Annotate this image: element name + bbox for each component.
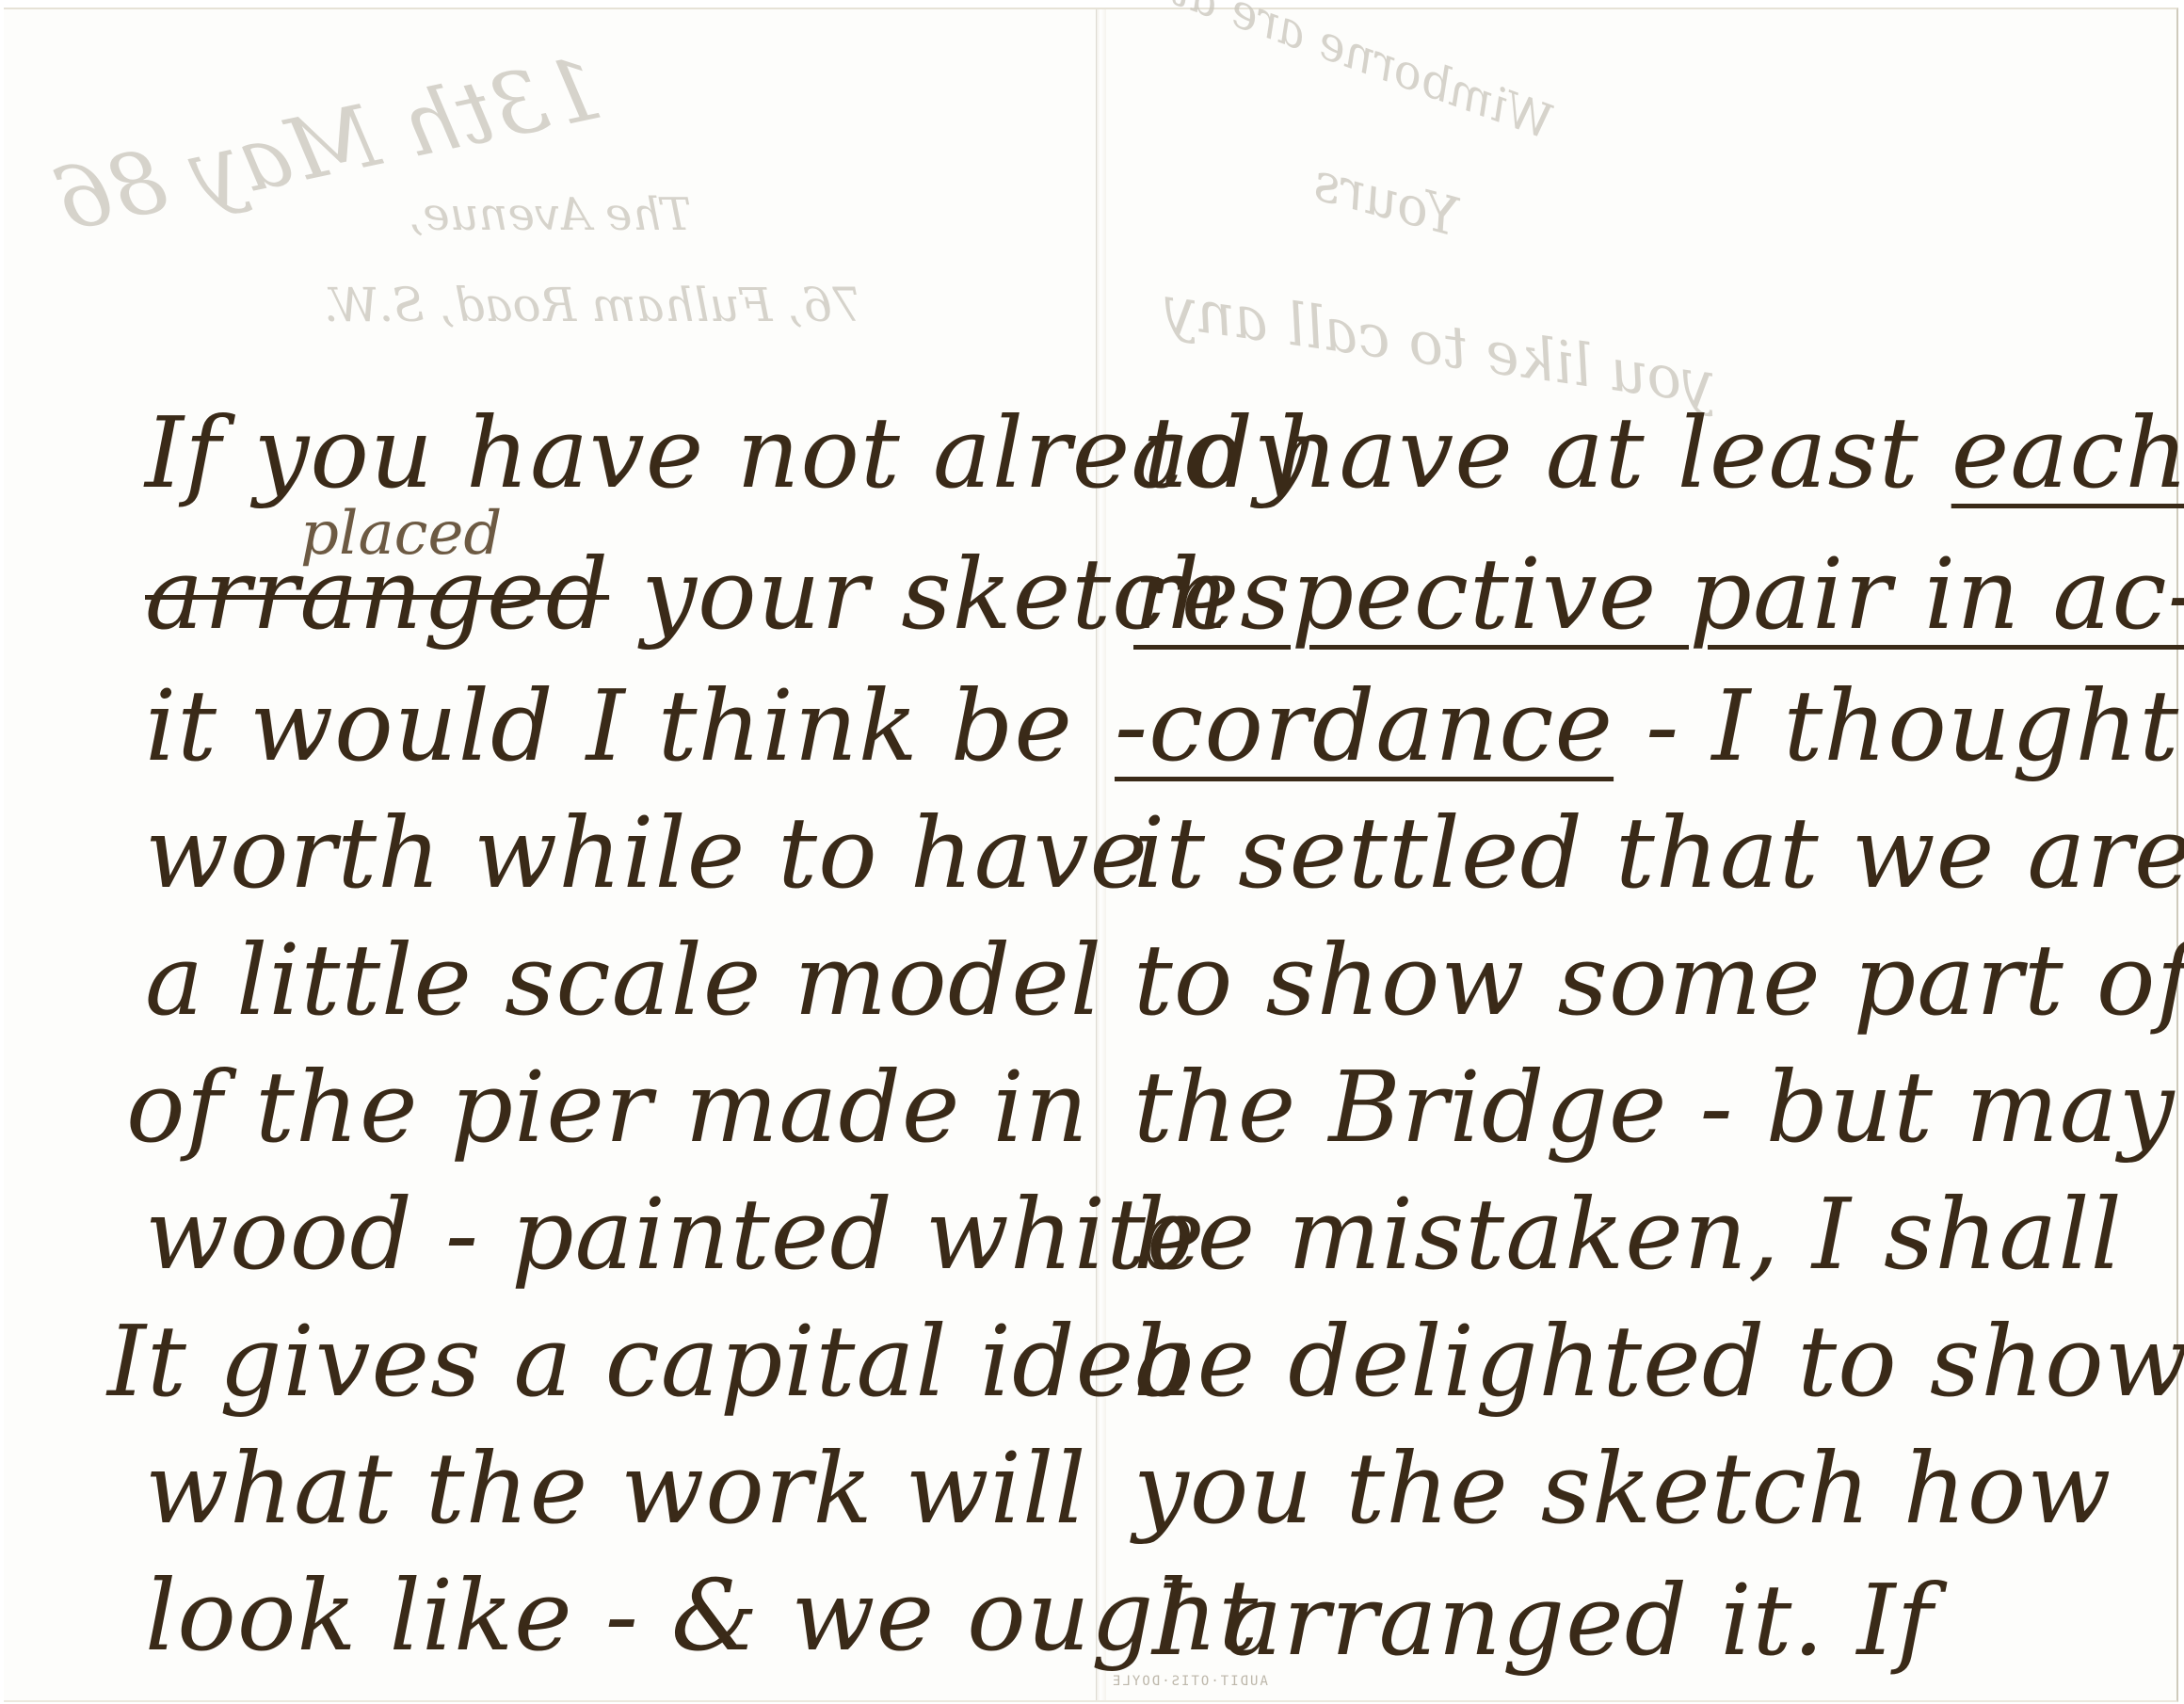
right-line-8: be delighted to show — [1133, 1304, 2184, 1419]
right-line-1: to have at least each — [1143, 395, 2184, 510]
right-line-6: the Bridge - but may — [1133, 1050, 2176, 1165]
left-line-1: If you have not already — [145, 395, 1310, 510]
left-line-8: It gives a capital idea — [107, 1304, 1194, 1419]
left-line-4: worth while to have — [145, 796, 1148, 910]
letter-sheet: 13th May 86 The Avenue, 76, Fulham Road,… — [4, 8, 2178, 1702]
left-line-7: wood - painted white — [145, 1177, 1205, 1292]
right-line-1-text: to have at least — [1143, 395, 1951, 510]
left-line-2: arranged your sketch — [145, 537, 1231, 651]
bleed-letterhead-line2: 76, Fulham Road, S.W. — [324, 278, 862, 332]
underlined-each: each — [1951, 395, 2184, 510]
right-line-3-text: - I thought — [1614, 668, 2179, 783]
underlined-respective-pair: respective pair in ac- — [1133, 537, 2184, 651]
bleed-letterhead-line1: The Avenue, — [409, 188, 691, 241]
paper-embossed-stamp: AUDIT·OTIS·DOYLE — [1111, 1674, 1268, 1689]
left-line-6: of the pier made in — [126, 1050, 1089, 1165]
right-line-5: to show some part of — [1133, 923, 2184, 1037]
right-line-3: -cordance - I thought — [1115, 668, 2179, 783]
right-line-10: I arranged it. If — [1152, 1563, 1934, 1678]
right-line-4: it settled that we are — [1133, 796, 2184, 910]
struck-word: arranged — [145, 537, 609, 651]
right-line-7: be mistaken, I shall — [1133, 1177, 2123, 1292]
left-line-5: a little scale model — [145, 923, 1102, 1037]
right-line-2: respective pair in ac- — [1133, 537, 2184, 651]
left-line-10: look like - & we ought — [145, 1558, 1259, 1673]
left-line-9: what the work will — [145, 1431, 1086, 1546]
right-line-9: you the sketch how — [1133, 1431, 2112, 1546]
underlined-cordance: -cordance — [1115, 668, 1614, 783]
left-line-3: it would I think be — [145, 668, 1073, 783]
